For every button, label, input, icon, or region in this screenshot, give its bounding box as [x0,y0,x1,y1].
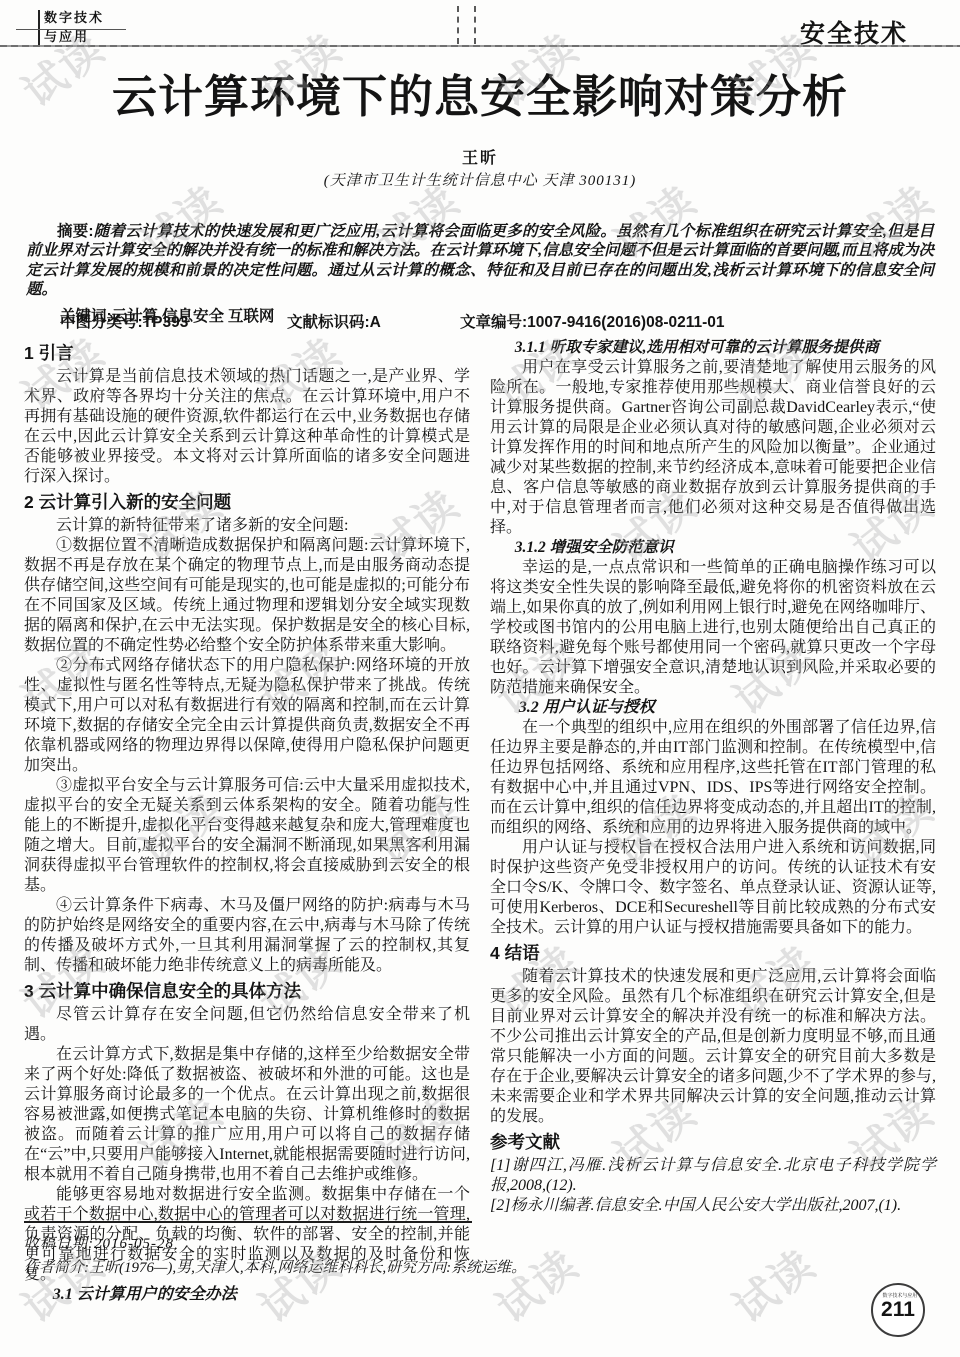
section-2-heading: 2 云计算引入新的安全问题 [24,490,470,514]
author-affiliation: (天津市卫生计生统计信息中心 天津 300131) [0,169,960,190]
section-3-2-heading: 3.2 用户认证与授权 [490,698,936,718]
section-1-heading: 1 引言 [24,341,470,365]
section-3-2-paragraph-1: 在一个典型的组织中,应用在组织的外围部署了信任边界,信任边界主要是静态的,并由I… [490,718,936,838]
section-2-item-2: ②分布式网络存储状态下的用户隐私保护:网络环境的开放性、虚拟性与匿名性等特点,无… [24,656,470,776]
journal-logo: 数字技术 与应用 [30,8,150,46]
page-number-badge: 数字技术与应用 211 [871,1283,925,1337]
registration-mark [474,6,476,44]
classification-line: 中图分类号:TP393 文献标识码:A 文章编号:1007-9416(2016)… [0,310,960,330]
section-1-paragraph: 云计算是当前信息技术领域的热门话题之一,是产业界、学术界、政府等各界均十分关注的… [24,367,470,487]
section-3-1-2-heading: 3.1.2 增强安全防范意识 [490,538,936,558]
footnote-rule [24,1221,472,1223]
section-3-1-2-paragraph: 幸运的是,一点点常识和一些简单的正确电脑操作练习可以将这类安全性失误的影响降至最… [490,558,936,698]
left-column: 1 引言 云计算是当前信息技术领域的热门话题之一,是产业界、学术界、政府等各界均… [24,338,470,1305]
body-columns: 1 引言 云计算是当前信息技术领域的热门话题之一,是产业界、学术界、政府等各界均… [24,338,936,1305]
logo-vertical-line [38,10,40,46]
document-code: 文献标识码:A [287,310,381,332]
author-bio: 作者简介:王昕(1976—),男,天津人,本科,网络运维科科长,研究方向:系统运… [24,1256,526,1277]
section-2-item-4: ④云计算条件下病毒、木马及僵尸网络的防护:病毒与木马的防护始终是网络安全的重要内… [24,896,470,976]
section-3-paragraph-1: 尽管云计算存在安全问题,但它仍然给信息安全带来了机遇。 [24,1005,470,1045]
section-3-1-1-paragraph: 用户在享受云计算服务之前,要清楚地了解使用云服务的风险所在。一般地,专家推荐使用… [490,358,936,538]
section-3-1-1-heading: 3.1.1 听取专家建议,选用相对可靠的云计算服务提供商 [490,338,936,358]
received-date: 收稿日期:2016-05-28 [24,1232,174,1253]
registration-mark [457,6,459,44]
article-title: 云计算环境下的息安全影响对策分析 [0,64,960,130]
author-name: 王昕 [0,145,960,168]
reference-2: [2]杨永川编著.信息安全.中国人民公安大学出版社,2007,(1). [490,1196,936,1216]
clc-number: 中图分类号:TP393 [60,310,188,332]
badge-journal-name: 数字技术与应用 [883,1292,914,1299]
abstract-paragraph: 摘要:随着云计算技术的快速发展和更广泛应用,云计算将会面临更多的安全风险。虽然有… [26,222,934,300]
section-3-1-heading: 3.1 云计算用户的安全办法 [24,1285,470,1305]
section-4-paragraph: 随着云计算技术的快速发展和更广泛应用,云计算将会面临更多的安全风险。虽然有几个标… [490,967,936,1127]
reference-1: [1]谢四江,冯雁.浅析云计算与信息安全.北京电子科技学院学报,2008,(12… [490,1156,936,1196]
section-3-2-paragraph-2: 用户认证与授权旨在授权合法用户进入系统和访问数据,同时保护这些资产免受非授权用户… [490,838,936,938]
section-3-paragraph-2: 在云计算方式下,数据是集中存储的,这样至少给数据安全带来了两个好处:降低了数据被… [24,1045,470,1185]
section-4-heading: 4 结语 [490,941,936,965]
logo-horizontal-line [16,29,126,30]
journal-page: 数字技术 与应用 安全技术 云计算环境下的息安全影响对策分析 王昕 (天津市卫生… [0,0,960,1357]
section-2-item-1: ①数据位置不清晰造成数据保护和隔离问题:云计算环境下,数据不再是存放在某个确定的… [24,536,470,656]
abstract-label: 摘要: [57,223,94,240]
abstract-text: 随着云计算技术的快速发展和更广泛应用,云计算将会面临更多的安全风险。虽然有几个标… [26,223,934,299]
section-3-heading: 3 云计算中确保信息安全的具体方法 [24,979,470,1003]
references-heading: 参考文献 [490,1130,936,1154]
article-number: 文章编号:1007-9416(2016)08-0211-01 [460,310,725,332]
section-2-lead: 云计算的新特征带来了诸多新的安全问题: [24,516,470,536]
journal-name-line1: 数字技术 [44,8,150,27]
section-2-item-3: ③虚拟平台安全与云计算服务可信:云中大量采用虚拟技术,虚拟平台的安全无疑关系到云… [24,776,470,896]
header-rule [0,45,960,47]
page-number: 211 [873,1299,923,1321]
right-column: 3.1.1 听取专家建议,选用相对可靠的云计算服务提供商 用户在享受云计算服务之… [490,338,936,1305]
